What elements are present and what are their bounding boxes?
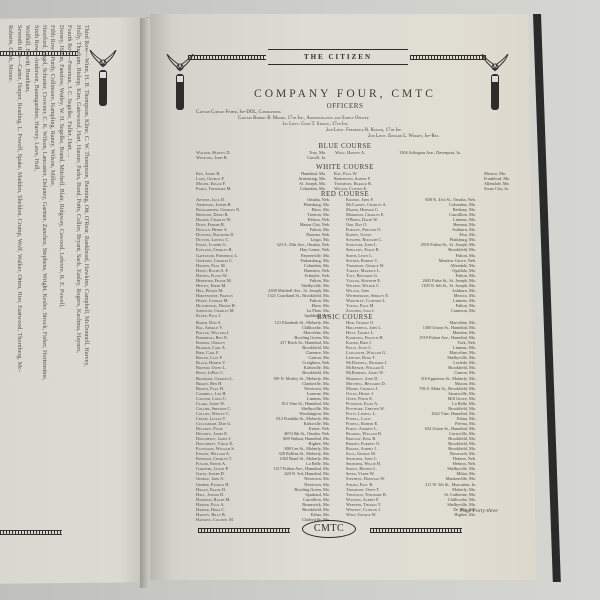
student-name: Winn, George W. [346, 512, 376, 517]
roster-row: Wessling, John B.Carroll, Ia. [196, 155, 536, 160]
page-header-ornament: THE CITIZEN [160, 48, 530, 68]
officer-line: Captain Corvan Fisher, Inf-DOL, Commandi… [196, 110, 281, 115]
header-bar-left [188, 55, 266, 60]
running-header: THE CITIZEN [268, 49, 408, 65]
basic-course-right-column: Hisr, George O.Marceline, Mo.Hollenbeck,… [346, 320, 476, 517]
blue-course-list: Walker, Hurley D.Troy, Mo. Wolf, Harvey … [196, 150, 536, 160]
page-title: COMPANY FOUR, CMTC [160, 88, 530, 100]
white-course-list: Key, James R.Hannibal, Mo.Ray, Paul W.Me… [196, 171, 526, 191]
roster-row: Winn, George W.Higbee, Mo. [346, 512, 476, 517]
caption-line: Holly, Thudium, Bishop, Kim, Gatewood, H… [73, 25, 81, 525]
caption-line: Fifth Row—Purdy, Collinsore, Kampling, R… [48, 25, 56, 525]
caption-line: Seventh Row—Carter, Harper, Reading, L. … [14, 25, 22, 525]
caption-line: Sixth Row—Anderson, Baumgardner, Harvey,… [31, 25, 39, 525]
officer-line: 2nd Lieut. Edward L. Wright, Inf-Res. [368, 134, 439, 139]
officers-heading: OFFICERS [160, 102, 530, 110]
red-course-left-column: Adwers, Jack D.Omaha, Neb.Anderson, Jose… [196, 197, 330, 318]
officer-line: 2nd Lieut. Frederick R. Kesler, 17th Inf… [326, 128, 402, 133]
footer-bar-left [198, 528, 290, 533]
eagle-ornament-icon [88, 50, 118, 115]
caption-line: Wolfhill, Hewitt, Branham, [23, 25, 31, 525]
caption-line: Fourth Row—Freeman, J. C. Segelke, Fulle… [65, 25, 73, 525]
caption-line: Dorsey, Haron, Fanslow, Watley, W. H. Se… [56, 25, 64, 525]
white-course-heading: WHITE COURSE [160, 163, 530, 171]
book-gutter [140, 18, 150, 588]
page-footer-ornament: CMTC [180, 520, 520, 540]
red-course-right-column: Knopke, John F.608 N. 41st St., Omaha, N… [346, 197, 476, 313]
blue-course-heading: BLUE COURSE [160, 142, 530, 150]
left-page-caption: Third Row—Winn, H. B. Thompson, Kline, C… [0, 25, 90, 525]
caption-line: Roberts, Clark, Moore. [6, 25, 14, 525]
left-page-footer-ornament [0, 527, 90, 537]
officer-line: Captain Robert B. Moore, 17th Inf., Admi… [238, 116, 369, 121]
caption-line: Third Row—Winn, H. B. Thompson, Kline, C… [82, 25, 90, 525]
footer-bar-right [370, 528, 462, 533]
basic-course-left-column: Baker, Don A.121 Elizabeth St., Moberly,… [196, 320, 330, 522]
header-bar-right [410, 55, 486, 60]
officer-line: 1st Lieut. Glen T. Strock, 17th Inf. [282, 122, 349, 127]
caption-line: Hereford, Vogel, Schuster, Crowner, C. K… [40, 25, 48, 525]
page-number: Page Forty-three [460, 508, 498, 514]
cmtc-emblem: CMTC [302, 520, 356, 538]
